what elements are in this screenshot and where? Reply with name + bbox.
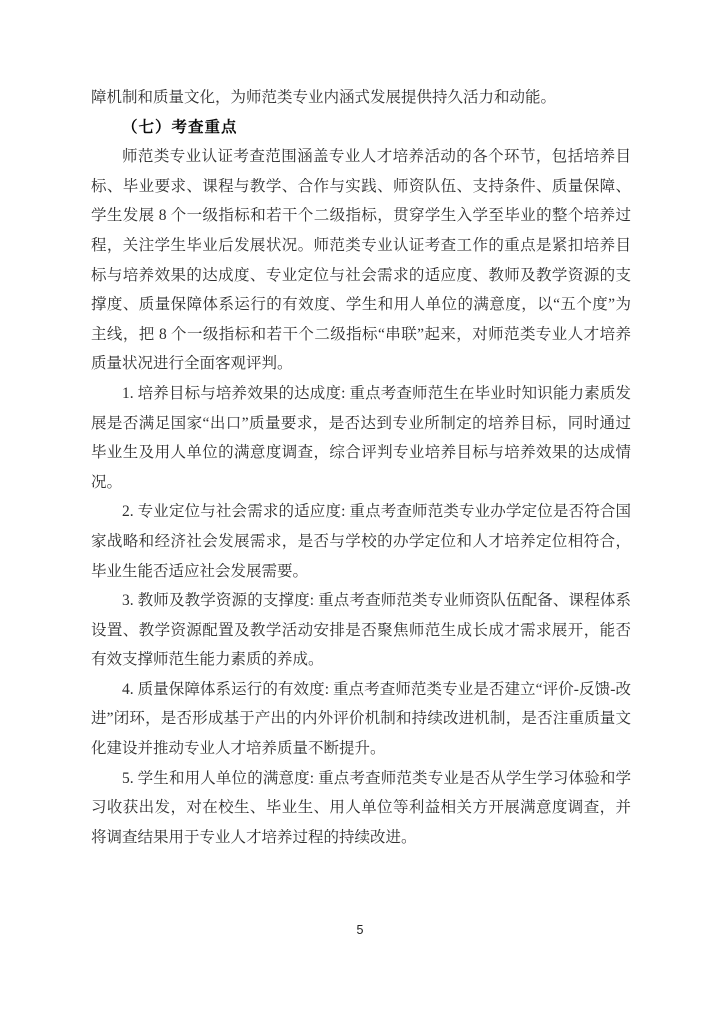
paragraph-continuation: 障机制和质量文化，为师范类专业内涵式发展提供持久活力和动能。	[91, 83, 631, 113]
paragraph-item-2: 2. 专业定位与社会需求的适应度: 重点考查师范类专业办学定位是否符合国家战略和…	[91, 497, 631, 586]
page-number: 5	[0, 922, 720, 938]
document-page: 障机制和质量文化，为师范类专业内涵式发展提供持久活力和动能。 （七）考查重点 师…	[0, 0, 720, 1018]
paragraph-intro: 师范类专业认证考查范围涵盖专业人才培养活动的各个环节，包括培养目标、毕业要求、课…	[91, 142, 631, 379]
paragraph-item-5: 5. 学生和用人单位的满意度: 重点考查师范类专业是否从学生学习体验和学习收获出…	[91, 764, 631, 853]
paragraph-item-1: 1. 培养目标与培养效果的达成度: 重点考查师范生在毕业时知识能力素质发展是否满…	[91, 379, 631, 497]
paragraph-item-3: 3. 教师及教学资源的支撑度: 重点考查师范类专业师资队伍配备、课程体系设置、教…	[91, 586, 631, 675]
section-heading: （七）考查重点	[91, 113, 631, 143]
paragraph-item-4: 4. 质量保障体系运行的有效度: 重点考查师范类专业是否建立“评价-反馈-改进”…	[91, 675, 631, 764]
